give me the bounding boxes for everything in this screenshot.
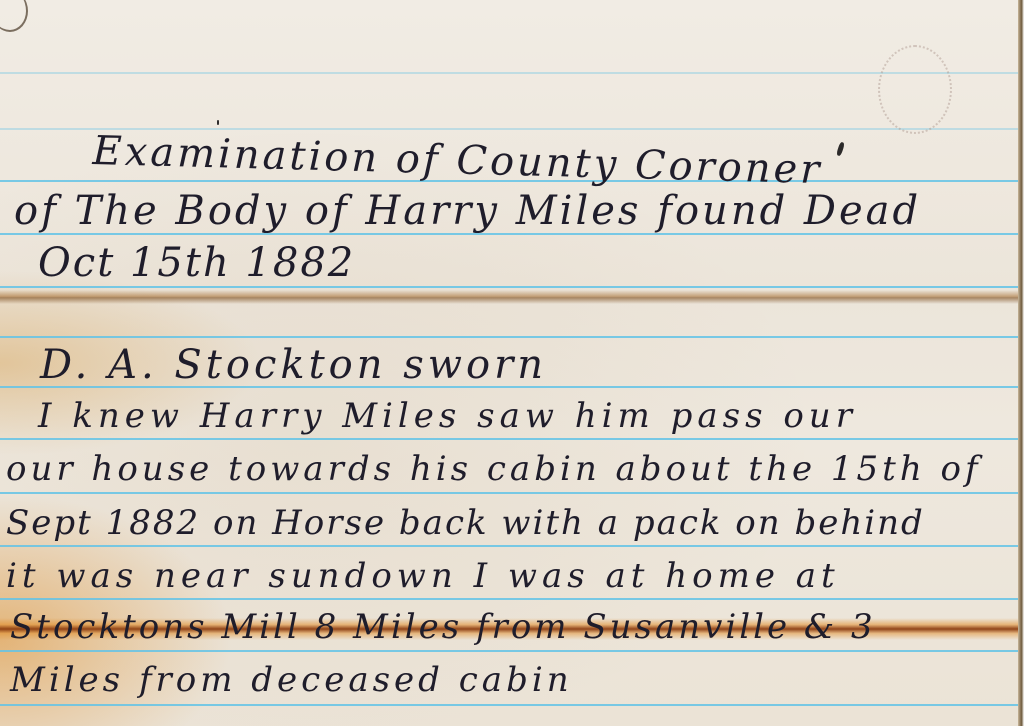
testimony-line: Miles from deceased cabin xyxy=(10,660,573,700)
testimony-line: Sept 1882 on Horse back with a pack on b… xyxy=(6,503,925,543)
heading-line-1: Examination of County Coroner xyxy=(92,128,823,193)
rule-line xyxy=(0,286,1018,288)
embossed-stamp xyxy=(878,45,952,134)
corner-mark xyxy=(0,0,28,32)
fold-crease xyxy=(0,290,1018,304)
rule-line xyxy=(0,336,1018,338)
rule-line xyxy=(0,598,1018,600)
testimony-line: I knew Harry Miles saw him pass our xyxy=(38,396,857,436)
document-page: Examination of County Coroner of The Bod… xyxy=(0,0,1024,726)
rule-line xyxy=(0,492,1018,494)
testimony-line: it was near sundown I was at home at xyxy=(6,556,840,596)
heading-line-2: of The Body of Harry Miles found Dead xyxy=(14,188,921,234)
page-edge xyxy=(1018,0,1024,726)
rule-line xyxy=(0,650,1018,652)
ink-speck xyxy=(217,120,219,125)
heading-line-3: Oct 15th 1882 xyxy=(38,240,355,286)
testimony-line: Stocktons Mill 8 Miles from Susanville &… xyxy=(10,607,876,647)
rule-line xyxy=(0,545,1018,547)
rule-line xyxy=(0,72,1018,74)
witness-sworn: D. A. Stockton sworn xyxy=(40,342,547,388)
testimony-line: our house towards his cabin about the 15… xyxy=(6,449,982,489)
ink-speck xyxy=(836,142,845,157)
rule-line xyxy=(0,438,1018,440)
rule-line xyxy=(0,704,1018,706)
